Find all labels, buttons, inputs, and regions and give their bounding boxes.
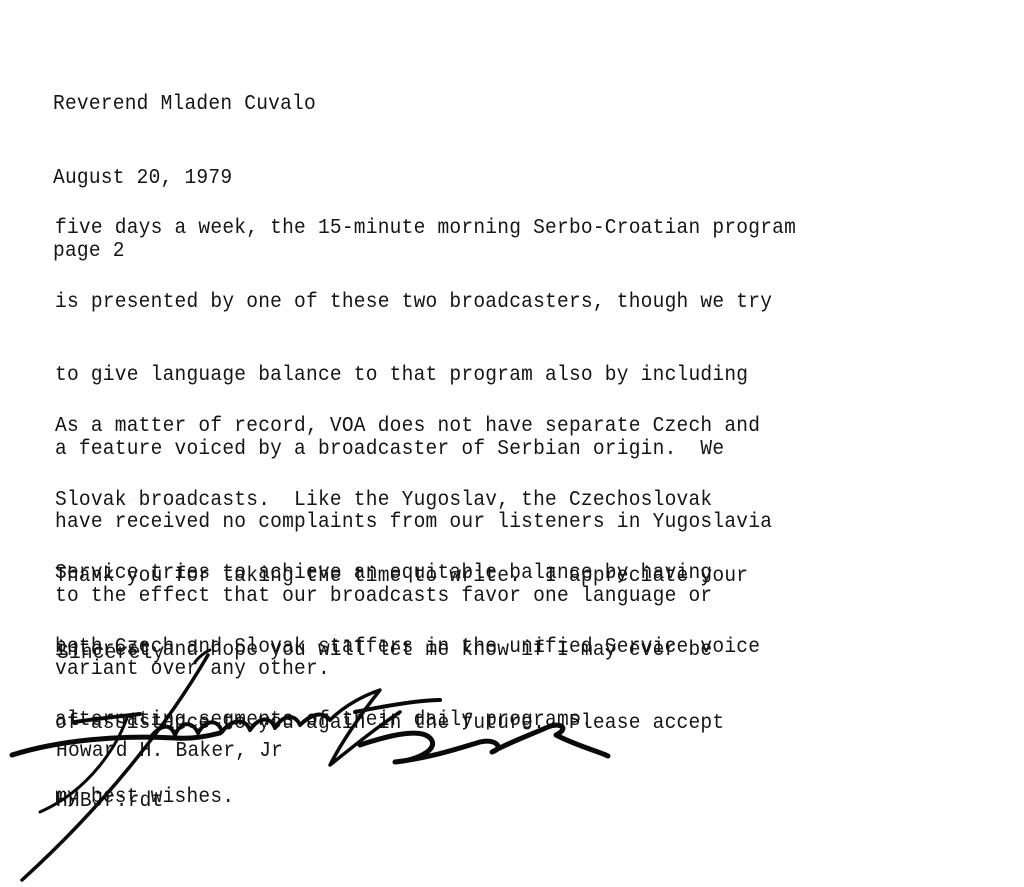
typist-initials: HHBJr:rdt [56, 790, 164, 815]
signer-name: Howard H. Baker, Jr [56, 740, 283, 765]
paragraph-line: As a matter of record, VOA does not have… [55, 415, 760, 440]
paragraph-line: Slovak broadcasts. Like the Yugoslav, th… [55, 489, 760, 514]
paragraph-line: Thank you for taking the time to write. … [55, 565, 748, 590]
closing: Sincerely [57, 642, 165, 667]
paragraph-line: five days a week, the 15-minute morning … [55, 217, 796, 242]
paragraph-line: of assistance to you again in the future… [55, 712, 748, 737]
recipient-name: Reverend Mladen Cuvalo [53, 93, 316, 118]
letter-page: Reverend Mladen Cuvalo August 20, 1979 p… [0, 0, 1024, 887]
paragraph-line: is presented by one of these two broadca… [55, 291, 796, 316]
